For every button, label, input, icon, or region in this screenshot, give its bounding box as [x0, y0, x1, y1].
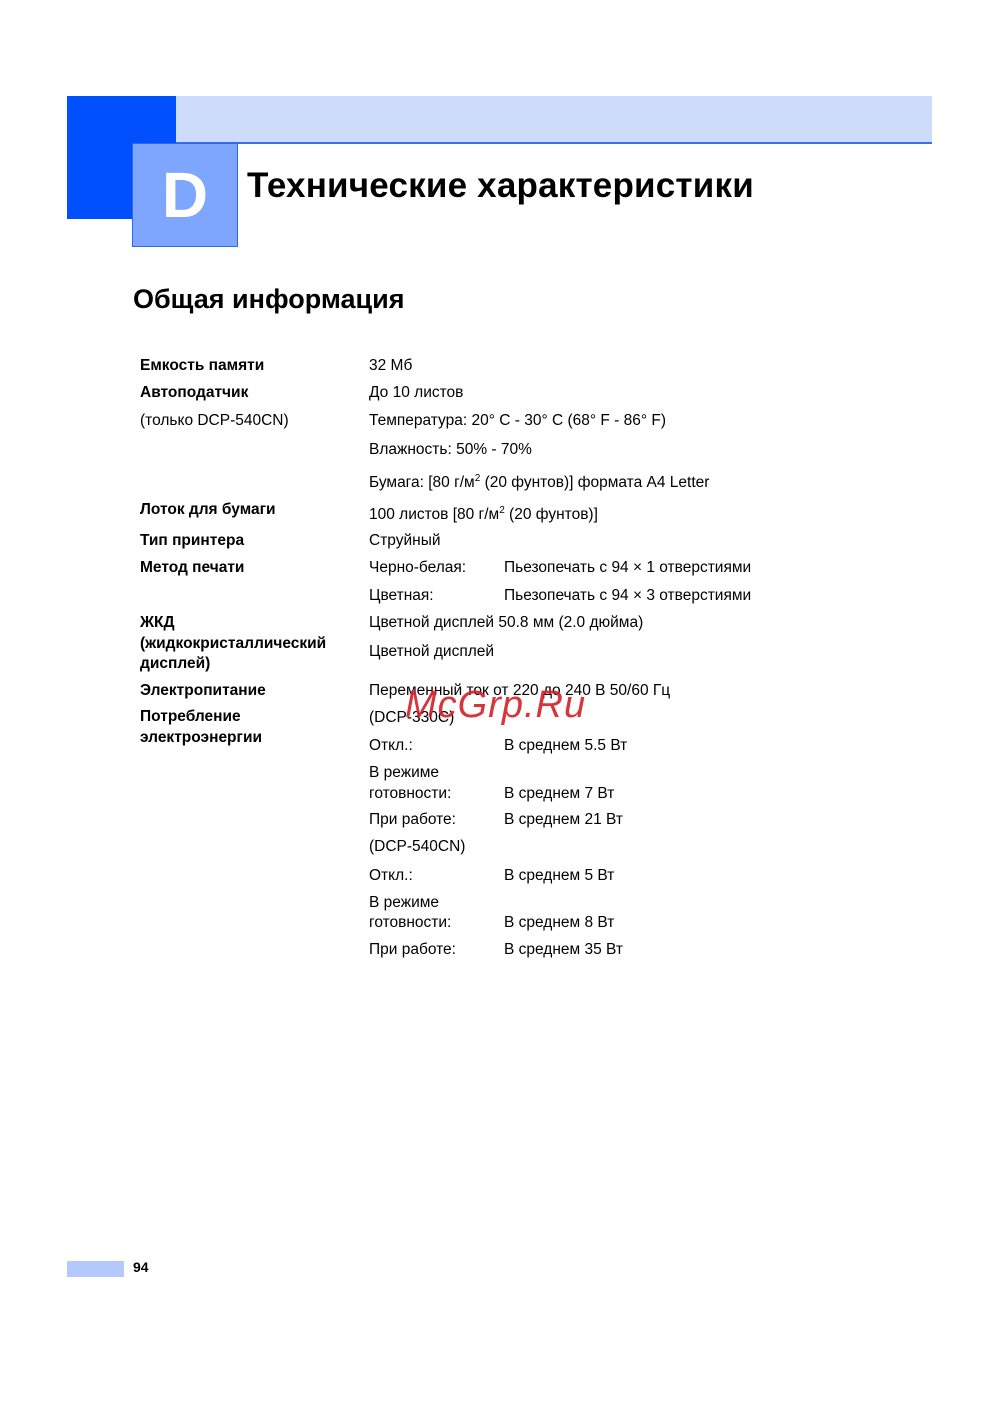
header-band	[176, 96, 932, 142]
paper-suffix: (20 фунтов)] формата A4 Letter	[480, 474, 709, 491]
power-mode-ready-line1: В режиме	[369, 893, 439, 913]
spec-label-lcd-line3: дисплей)	[140, 654, 210, 674]
print-method-mode-bw: Черно-белая:	[369, 558, 466, 578]
print-method-value-color: Пьезопечать с 94 × 3 отверстиями	[504, 586, 751, 606]
power-mode-off: Откл.:	[369, 736, 413, 756]
header-rule	[176, 142, 932, 144]
power-value-ready: В среднем 7 Вт	[504, 784, 614, 804]
power-model-name: (DCP-540CN)	[369, 837, 465, 857]
footer-bar	[67, 1261, 124, 1277]
power-value-working: В среднем 21 Вт	[504, 810, 623, 830]
watermark: McGrp.Ru	[405, 684, 586, 727]
paper-prefix: Бумага: [80 г/м	[369, 474, 475, 491]
power-mode-ready-line2: готовности:	[369, 784, 451, 804]
chapter-letter: D	[162, 158, 208, 232]
spec-label-print-method: Метод печати	[140, 558, 244, 578]
power-mode-off: Откл.:	[369, 866, 413, 886]
chapter-letter-box: D	[132, 143, 238, 247]
power-value-working: В среднем 35 Вт	[504, 940, 623, 960]
spec-value-paper-tray: 100 листов [80 г/м2 (20 фунтов)]	[369, 505, 598, 525]
tray-prefix: 100 листов [80 г/м	[369, 506, 499, 523]
spec-value-memory: 32 Мб	[369, 356, 412, 376]
power-mode-working: При работе:	[369, 810, 456, 830]
chapter-title: Технические характеристики	[247, 166, 754, 206]
spec-label-memory: Емкость памяти	[140, 356, 264, 376]
power-mode-ready-line1: В режиме	[369, 763, 439, 783]
spec-label-printer-type: Тип принтера	[140, 531, 244, 551]
spec-value-adf: До 10 листов	[369, 383, 463, 403]
spec-label-lcd: ЖКД	[140, 613, 175, 633]
power-mode-working: При работе:	[369, 940, 456, 960]
tray-suffix: (20 фунтов)]	[505, 506, 598, 523]
section-title: Общая информация	[133, 284, 404, 315]
spec-label-paper-tray: Лоток для бумаги	[140, 500, 276, 520]
spec-value-printer-type: Струйный	[369, 531, 441, 551]
power-mode-ready-line2: готовности:	[369, 913, 451, 933]
power-value-off: В среднем 5 Вт	[504, 866, 614, 886]
spec-label-lcd-line2: (жидкокристаллический	[140, 634, 326, 654]
print-method-value-bw: Пьезопечать с 94 × 1 отверстиями	[504, 558, 751, 578]
spec-value-adf-paper: Бумага: [80 г/м2 (20 фунтов)] формата A4…	[369, 473, 709, 493]
power-value-off: В среднем 5.5 Вт	[504, 736, 627, 756]
spec-label-power-consumption-line2: электроэнергии	[140, 728, 262, 748]
page-number: 94	[133, 1259, 149, 1275]
spec-sublabel-adf: (только DCP-540CN)	[140, 411, 289, 431]
spec-value-lcd-1: Цветной дисплей 50.8 мм (2.0 дюйма)	[369, 613, 643, 633]
print-method-mode-color: Цветная:	[369, 586, 434, 606]
spec-label-power-source: Электропитание	[140, 681, 266, 701]
spec-label-power-consumption: Потребление	[140, 707, 241, 727]
spec-label-adf: Автоподатчик	[140, 383, 248, 403]
power-value-ready: В среднем 8 Вт	[504, 913, 614, 933]
spec-value-lcd-2: Цветной дисплей	[369, 642, 494, 662]
spec-value-adf-temperature: Температура: 20° C - 30° C (68° F - 86° …	[369, 411, 666, 431]
spec-value-adf-humidity: Влажность: 50% - 70%	[369, 440, 532, 460]
